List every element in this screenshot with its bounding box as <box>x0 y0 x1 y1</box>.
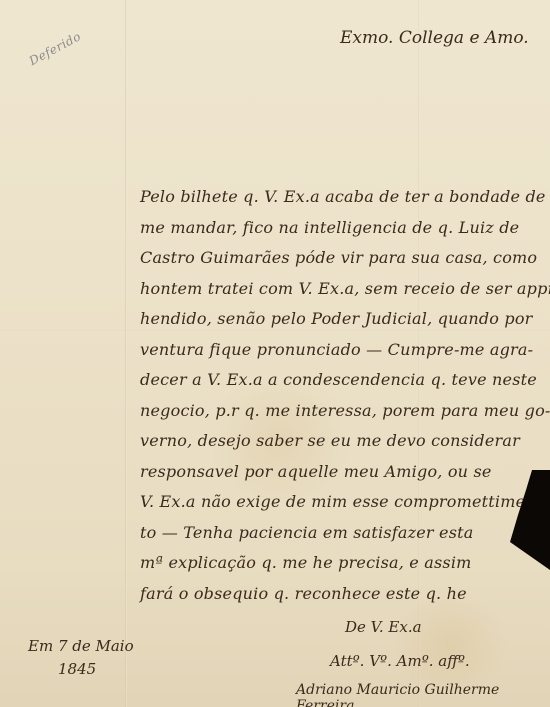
salutation: Exmo. Collega e Amo. <box>340 28 529 48</box>
pencil-annotation: Deferido <box>27 29 84 68</box>
closing-courtesy: Attº. Vº. Amº. affº. <box>330 652 470 670</box>
body-line: ventura fique pronunciado — Cumpre-me ag… <box>140 335 545 366</box>
date-year: 1845 <box>58 660 96 678</box>
body-line: hontem tratei com V. Ex.a, sem receio de… <box>140 274 545 305</box>
closing-formula: De V. Ex.a <box>345 618 422 636</box>
body-line: verno, desejo saber se eu me devo consid… <box>140 426 545 457</box>
body-line: Castro Guimarães póde vir para sua casa,… <box>140 243 545 274</box>
body-line: V. Ex.a não exige de mim esse compromett… <box>140 487 545 518</box>
body-line: decer a V. Ex.a a condescendencia q. tev… <box>140 365 545 396</box>
paper-stain <box>380 600 520 690</box>
letter-page: Deferido Exmo. Collega e Amo. Pelo bilhe… <box>0 0 550 707</box>
date-line: Em 7 de Maio <box>28 637 134 655</box>
body-line: hendido, senão pelo Poder Judicial, quan… <box>140 304 545 335</box>
body-line: mª explicação q. me he precisa, e assim <box>140 548 545 579</box>
body-line: to — Tenha paciencia em satisfazer esta <box>140 518 545 549</box>
body-line: negocio, p.r q. me interessa, porem para… <box>140 396 545 427</box>
body-line: responsavel por aquelle meu Amigo, ou se <box>140 457 545 488</box>
signature: Adriano Mauricio Guilherme Ferreira <box>296 682 550 707</box>
paper-fold-vertical <box>125 0 127 707</box>
letter-body: Pelo bilhete q. V. Ex.a acaba de ter a b… <box>140 182 545 609</box>
body-line: fará o obsequio q. reconhece este q. he <box>140 579 545 610</box>
body-line: Pelo bilhete q. V. Ex.a acaba de ter a b… <box>140 182 545 213</box>
body-line: me mandar, fico na intelligencia de q. L… <box>140 213 545 244</box>
